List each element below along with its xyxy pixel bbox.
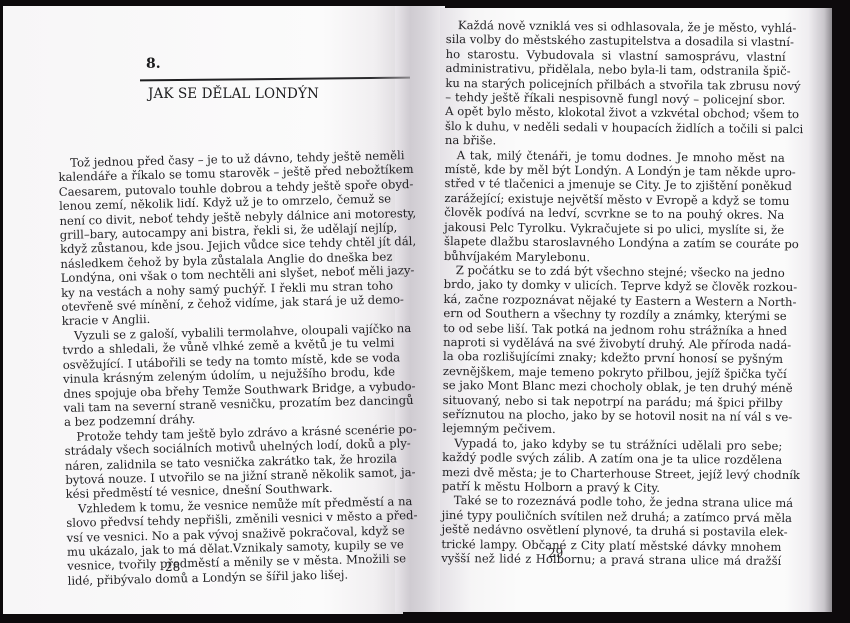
chapter-title: JAK SE DĚLAL LONDÝN — [148, 86, 319, 102]
text-line: vyšší než lidé z Holbornu; a pravá stran… — [441, 551, 781, 568]
chapter-number: 8. — [146, 56, 161, 72]
page-number-right: 29 — [548, 546, 563, 560]
book-spread: 8. JAK SE DĚLAL LONDÝN Tož jednou před č… — [0, 0, 850, 623]
page-number-left: 28 — [165, 560, 180, 574]
left-page-body-text: Tož jednou před časy – je to už dávno, t… — [58, 148, 400, 588]
right-page-body-text: Každá nově vzniklá ves si odhlasovala, ž… — [441, 18, 786, 568]
